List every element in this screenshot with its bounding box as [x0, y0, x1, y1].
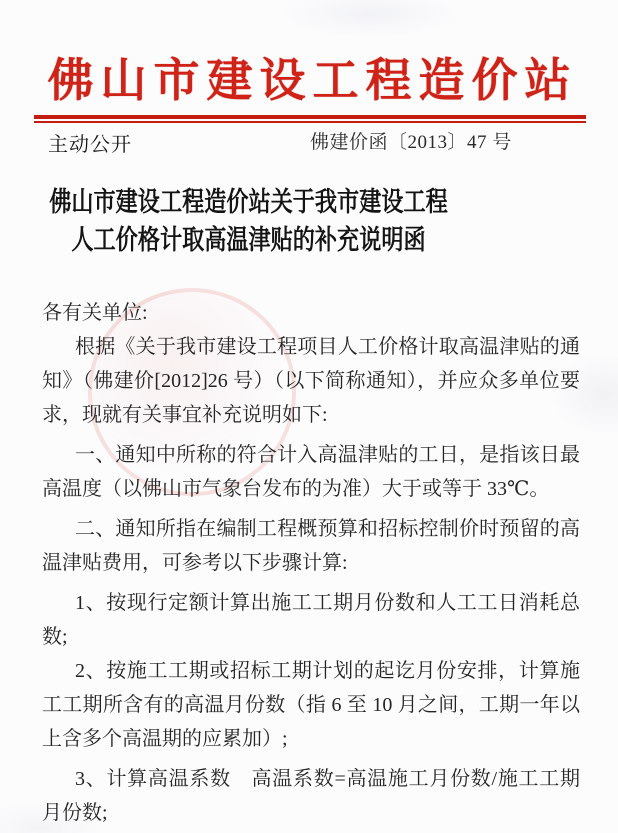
body-paragraph-step-3: 3、计算高温系数 高温系数=高温施工月份数/施工工期月份数;: [42, 762, 580, 830]
body-paragraph-item-2: 二、通知所指在编制工程概预算和招标控制价时预留的高温津贴费用，可参考以下步骤计算…: [42, 512, 580, 580]
document-title-line2: 人工价格计取高温津贴的补充说明函: [45, 221, 453, 259]
document-number: 佛建价函〔2013〕47 号: [310, 127, 512, 154]
body-paragraph-item-1: 一、通知中所称的符合计入高温津贴的工日，是指该日最高温度（以佛山市气象台发布的为…: [42, 438, 580, 506]
document-body: 各有关单位: 根据《关于我市建设工程项目人工价格计取高温津贴的通知》（佛建价[2…: [42, 296, 580, 833]
red-separator-rule: [34, 115, 586, 123]
salutation: 各有关单位:: [42, 296, 580, 330]
document-title-line1: 佛山市建设工程造价站关于我市建设工程: [45, 183, 453, 221]
document-page: 佛山市建设工程造价站 主动公开 佛建价函〔2013〕47 号 佛山市建设工程造价…: [0, 0, 618, 833]
body-paragraph-step-2: 2、按施工工期或招标工期计划的起讫月份安排，计算施工工期所含有的高温月份数（指 …: [42, 654, 580, 756]
body-paragraph-intro: 根据《关于我市建设工程项目人工价格计取高温津贴的通知》（佛建价[2012]26 …: [42, 330, 580, 432]
publicity-label: 主动公开: [48, 128, 132, 157]
body-paragraph-step-1: 1、按现行定额计算出施工工期月份数和人工工日消耗总数;: [42, 586, 580, 654]
document-title: 佛山市建设工程造价站关于我市建设工程 人工价格计取高温津贴的补充说明函: [45, 183, 453, 259]
issuing-org-letterhead: 佛山市建设工程造价站: [0, 58, 618, 104]
